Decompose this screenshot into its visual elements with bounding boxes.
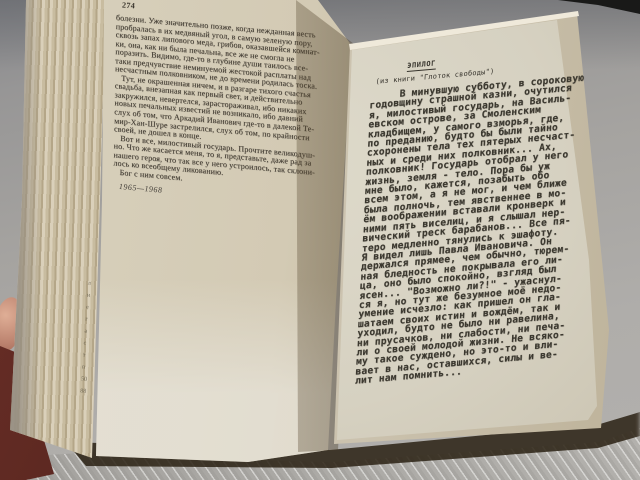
typescript-text-block: ЭПИЛОГ (из книги "Глоток свободы") В мин…	[355, 36, 603, 387]
edge-fragment: 50	[81, 373, 96, 386]
edge-fragment: г	[85, 314, 100, 327]
typescript-lines: В минувшую субботу, в сороковуюгодовщину…	[355, 72, 602, 386]
edge-fragment: и	[87, 290, 102, 303]
edge-fragment: с	[83, 338, 98, 351]
edge-fragment: 88	[80, 385, 95, 398]
edge-fragment: а	[84, 326, 99, 339]
edge-fragment: т	[82, 349, 97, 362]
edge-fragment: е	[86, 302, 101, 315]
page-number: 274	[122, 1, 136, 11]
epilogue-title: ЭПИЛОГ	[407, 59, 436, 72]
edge-fragment: л	[87, 278, 102, 291]
edge-fragment: п	[82, 361, 97, 374]
photo-open-book: 274 болезни. Уже значительно позже, когд…	[0, 0, 640, 480]
